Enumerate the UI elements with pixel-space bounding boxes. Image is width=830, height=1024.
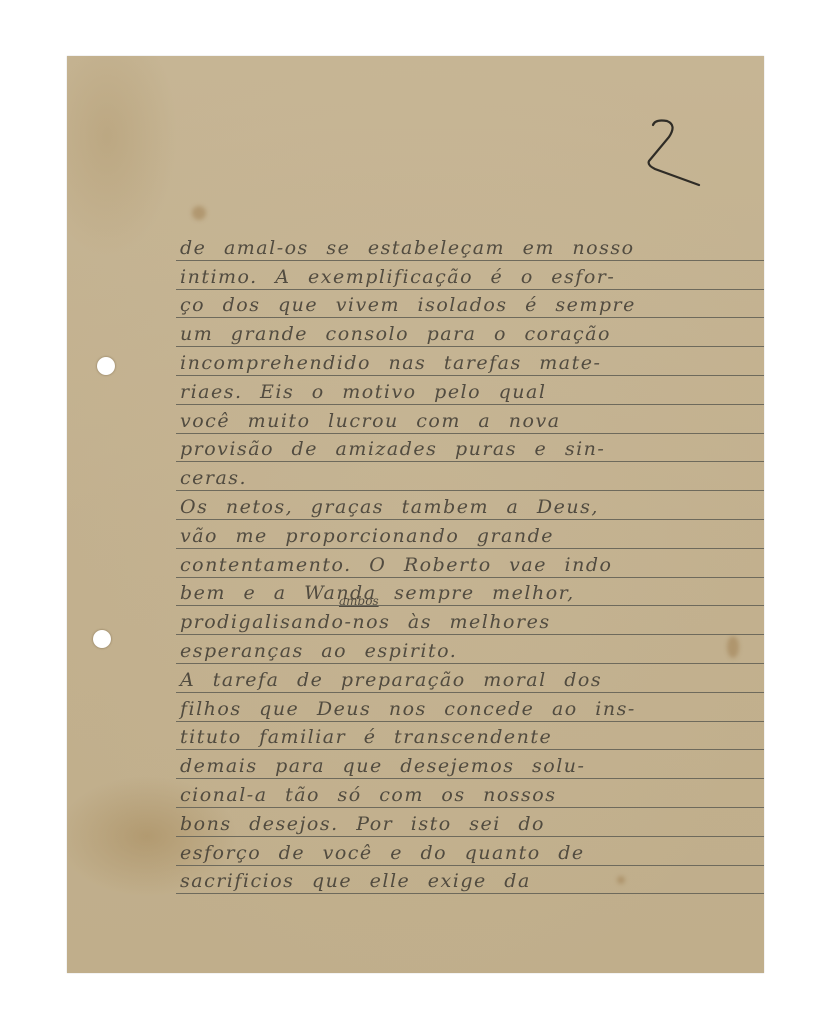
line-text: ceras.: [180, 466, 758, 490]
line-text: contentamento. O Roberto vae indo: [180, 553, 758, 577]
text-line: contentamento. O Roberto vae indo: [176, 549, 764, 578]
line-text: você muito lucrou com a nova: [180, 409, 758, 433]
text-line: um grande consolo para o coração: [176, 318, 764, 347]
text-line: A tarefa de preparação moral dos: [176, 664, 764, 693]
text-line: esforço de você e do quanto de: [176, 837, 764, 866]
text-line: demais para que desejemos solu-: [176, 750, 764, 779]
line-text: incomprehendido nas tarefas mate-: [180, 351, 758, 375]
text-line: bons desejos. Por isto sei do: [176, 808, 764, 837]
text-line: filhos que Deus nos concede ao ins-: [176, 693, 764, 722]
text-line: Os netos, graças tambem a Deus,: [176, 491, 764, 520]
text-line: vão me proporcionando grande: [176, 520, 764, 549]
line-text: um grande consolo para o coração: [180, 322, 758, 346]
text-line: tituto familiar é transcendente: [176, 722, 764, 751]
text-line: você muito lucrou com a nova: [176, 405, 764, 434]
text-line: ceras.: [176, 462, 764, 491]
text-line: esperanças ao espirito.: [176, 635, 764, 664]
text-line: de amal-os se estabeleçam em nosso: [176, 232, 764, 261]
line-text: A tarefa de preparação moral dos: [180, 668, 758, 692]
text-line: bem e a Wanda sempre melhor,: [176, 578, 764, 607]
line-text: cional-a tão só com os nossos: [180, 783, 758, 807]
interlinear-insertion: ambos: [339, 594, 379, 608]
text-line: cional-a tão só com os nossos: [176, 779, 764, 808]
line-text: esperanças ao espirito.: [180, 639, 758, 663]
text-line: riaes. Eis o motivo pelo qual: [176, 376, 764, 405]
line-text: bons desejos. Por isto sei do: [180, 812, 758, 836]
text-line: ambos prodigalisando-nos às melhores: [176, 606, 764, 635]
line-text: ço dos que vivem isolados é sempre: [180, 293, 758, 317]
text-line: intimo. A exemplificação é o esfor-: [176, 261, 764, 290]
text-line: provisão de amizades puras e sin-: [176, 434, 764, 463]
line-text: filhos que Deus nos concede ao ins-: [180, 697, 758, 721]
line-text: de amal-os se estabeleçam em nosso: [180, 236, 758, 260]
text-line: ço dos que vivem isolados é sempre: [176, 290, 764, 319]
page-number: 2: [645, 115, 705, 190]
handwritten-text: de amal-os se estabeleçam em nosso intim…: [176, 232, 764, 894]
punch-hole-top: [97, 357, 115, 375]
line-text: demais para que desejemos solu-: [180, 754, 758, 778]
line-text: esforço de você e do quanto de: [180, 841, 758, 865]
line-text: Os netos, graças tambem a Deus,: [180, 495, 758, 519]
line-text: intimo. A exemplificação é o esfor-: [180, 265, 758, 289]
line-text: sacrificios que elle exige da: [180, 869, 758, 893]
line-text: tituto familiar é transcendente: [180, 725, 758, 749]
text-line: sacrificios que elle exige da: [176, 866, 764, 895]
line-text: bem e a Wanda sempre melhor,: [180, 581, 758, 605]
stain: [192, 206, 206, 220]
line-text: vão me proporcionando grande: [180, 524, 758, 548]
line-text: prodigalisando-nos às melhores: [180, 610, 758, 634]
page-number-glyph: [645, 115, 705, 190]
line-text: provisão de amizades puras e sin-: [180, 437, 758, 461]
line-text: riaes. Eis o motivo pelo qual: [180, 380, 758, 404]
punch-hole-bottom: [93, 630, 111, 648]
text-line: incomprehendido nas tarefas mate-: [176, 347, 764, 376]
